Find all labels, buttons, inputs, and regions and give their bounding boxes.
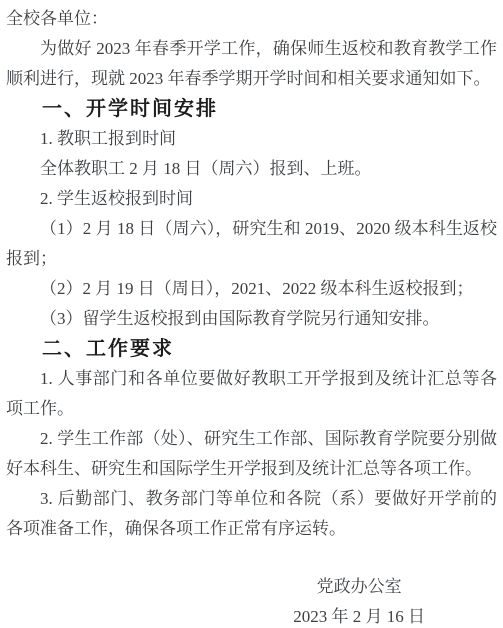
section-2-item-1: 1. 人事部门和各单位要做好教职工开学报到及统计汇总等各项工作。 xyxy=(6,364,497,424)
section-2-heading: 二、工作要求 xyxy=(6,334,497,364)
section-2-item-3: 3. 后勤部门、教务部门等单位和各院（系）要做好开学前的各项准备工作，确保各项工… xyxy=(6,484,497,544)
section-1-heading: 一、开学时间安排 xyxy=(6,94,497,124)
section-2-item-2: 2. 学生工作部（处）、研究生工作部、国际教育学院要分别做好本科生、研究生和国际… xyxy=(6,424,497,484)
intro-paragraph: 为做好 2023 年春季开学工作，确保师生返校和教育教学工作顺利进行，现就 20… xyxy=(6,34,497,94)
section-1-item-2-title: 2. 学生返校报到时间 xyxy=(6,184,497,214)
signature-office: 党政办公室 xyxy=(293,572,425,602)
section-1-item-2-sub-3: （3）留学生返校报到由国际教育学院另行通知安排。 xyxy=(6,304,497,334)
section-1-item-2-sub-1: （1）2 月 18 日（周六），研究生和 2019、2020 级本科生返校报到； xyxy=(6,214,497,274)
signature-block: 党政办公室 2023 年 2 月 16 日 xyxy=(293,572,425,628)
signature-spacer xyxy=(6,544,497,572)
signature-date: 2023 年 2 月 16 日 xyxy=(293,602,425,628)
section-1-item-2-sub-2: （2）2 月 19 日（周日），2021、2022 级本科生返校报到； xyxy=(6,274,497,304)
notice-document: 全校各单位： 为做好 2023 年春季开学工作，确保师生返校和教育教学工作顺利进… xyxy=(0,0,503,628)
salutation: 全校各单位： xyxy=(6,4,497,34)
section-1-item-1-detail: 全体教职工 2 月 18 日（周六）报到、上班。 xyxy=(6,154,497,184)
section-1-item-1-title: 1. 教职工报到时间 xyxy=(6,124,497,154)
